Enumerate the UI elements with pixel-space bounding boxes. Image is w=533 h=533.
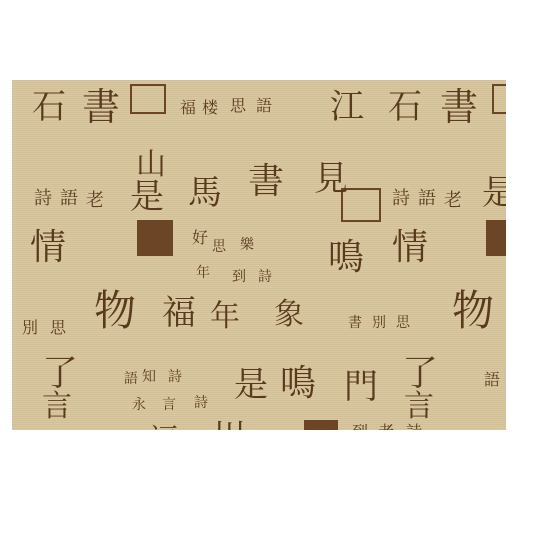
seal-stamp — [304, 420, 338, 430]
calligraphy-character: 老 — [378, 424, 394, 430]
calligraphy-character: 詩 — [34, 190, 52, 208]
calligraphy-character: 言 — [162, 398, 176, 412]
calligraphy-character: 語 — [256, 98, 272, 114]
calligraphy-character: 山 — [136, 150, 166, 180]
calligraphy-character: 石 — [32, 90, 66, 124]
calligraphy-character: 鳴 — [328, 240, 364, 276]
calligraphy-character: 別 — [22, 320, 38, 336]
calligraphy-character: 好 — [192, 230, 208, 246]
seal-stamp — [137, 220, 173, 256]
calligraphy-character: 福 — [180, 100, 196, 116]
calligraphy-character: 語 — [418, 190, 436, 208]
calligraphy-character: 詩 — [168, 370, 182, 384]
calligraphy-character: 了 — [42, 356, 78, 392]
calligraphy-character: 楼 — [202, 100, 218, 116]
seal-stamp — [486, 220, 506, 256]
calligraphy-character: 思 — [396, 316, 410, 330]
calligraphy-character: 年 — [196, 266, 210, 280]
calligraphy-character: 書 — [440, 88, 478, 126]
calligraphy-character: 門 — [344, 370, 378, 404]
calligraphy-character: 樂 — [240, 238, 254, 252]
calligraphy-character: 福 — [162, 296, 196, 330]
calligraphy-character: 書 — [248, 164, 284, 200]
calligraphy-character: 物 — [452, 290, 494, 332]
calligraphy-character: 思 — [230, 98, 246, 114]
calligraphy-character: 詩 — [406, 424, 422, 430]
calligraphy-character: 到 — [352, 424, 368, 430]
calligraphy-character: 是 — [234, 368, 268, 402]
calligraphy-character: 江 — [330, 90, 364, 124]
calligraphy-character: 永 — [132, 398, 146, 412]
calligraphy-character: 是 — [482, 176, 506, 210]
calligraphy-character: 象 — [274, 300, 304, 330]
calligraphy-character: 情 — [392, 230, 428, 266]
calligraphy-character: 物 — [94, 290, 136, 332]
calligraphy-character: 鳴 — [280, 366, 316, 402]
calligraphy-character: 語 — [60, 190, 78, 208]
calligraphy-character: 石 — [388, 90, 422, 124]
calligraphy-character: 知 — [142, 370, 156, 384]
calligraphy-character: 情 — [30, 230, 66, 266]
calligraphy-character: 言 — [42, 392, 72, 422]
calligraphy-character: 福 — [148, 426, 178, 430]
calligraphy-character: 詩 — [392, 190, 410, 208]
calligraphy-character: 馬 — [188, 176, 222, 210]
calligraphy-character: 川 — [212, 420, 246, 430]
calligraphy-character: 書 — [348, 316, 362, 330]
seal-stamp — [130, 84, 166, 114]
calligraphy-character: 老 — [444, 192, 462, 210]
calligraphy-character: 了 — [402, 356, 438, 392]
calligraphy-character: 言 — [404, 392, 434, 422]
calligraphy-character: 到 — [232, 270, 246, 284]
calligraphy-character: 是 — [130, 180, 164, 214]
calligraphy-character: 老 — [86, 192, 104, 210]
calligraphy-character: 年 — [210, 302, 240, 332]
calligraphy-character: 詩 — [194, 396, 208, 410]
calligraphy-character: 別 — [372, 316, 386, 330]
calligraphy-character: 書 — [82, 88, 120, 126]
calligraphy-placemat: 石書福楼思語江石書山是馬書見是詩語老詩語老情情鳴好思樂年到詩物福年象物別思書別思… — [12, 80, 506, 430]
calligraphy-character: 見 — [314, 162, 348, 196]
calligraphy-character: 思 — [50, 320, 66, 336]
calligraphy-character: 詩 — [258, 270, 272, 284]
calligraphy-character: 語 — [124, 372, 138, 386]
seal-stamp — [492, 84, 506, 114]
calligraphy-character: 語 — [484, 372, 500, 388]
calligraphy-character: 思 — [212, 240, 226, 254]
